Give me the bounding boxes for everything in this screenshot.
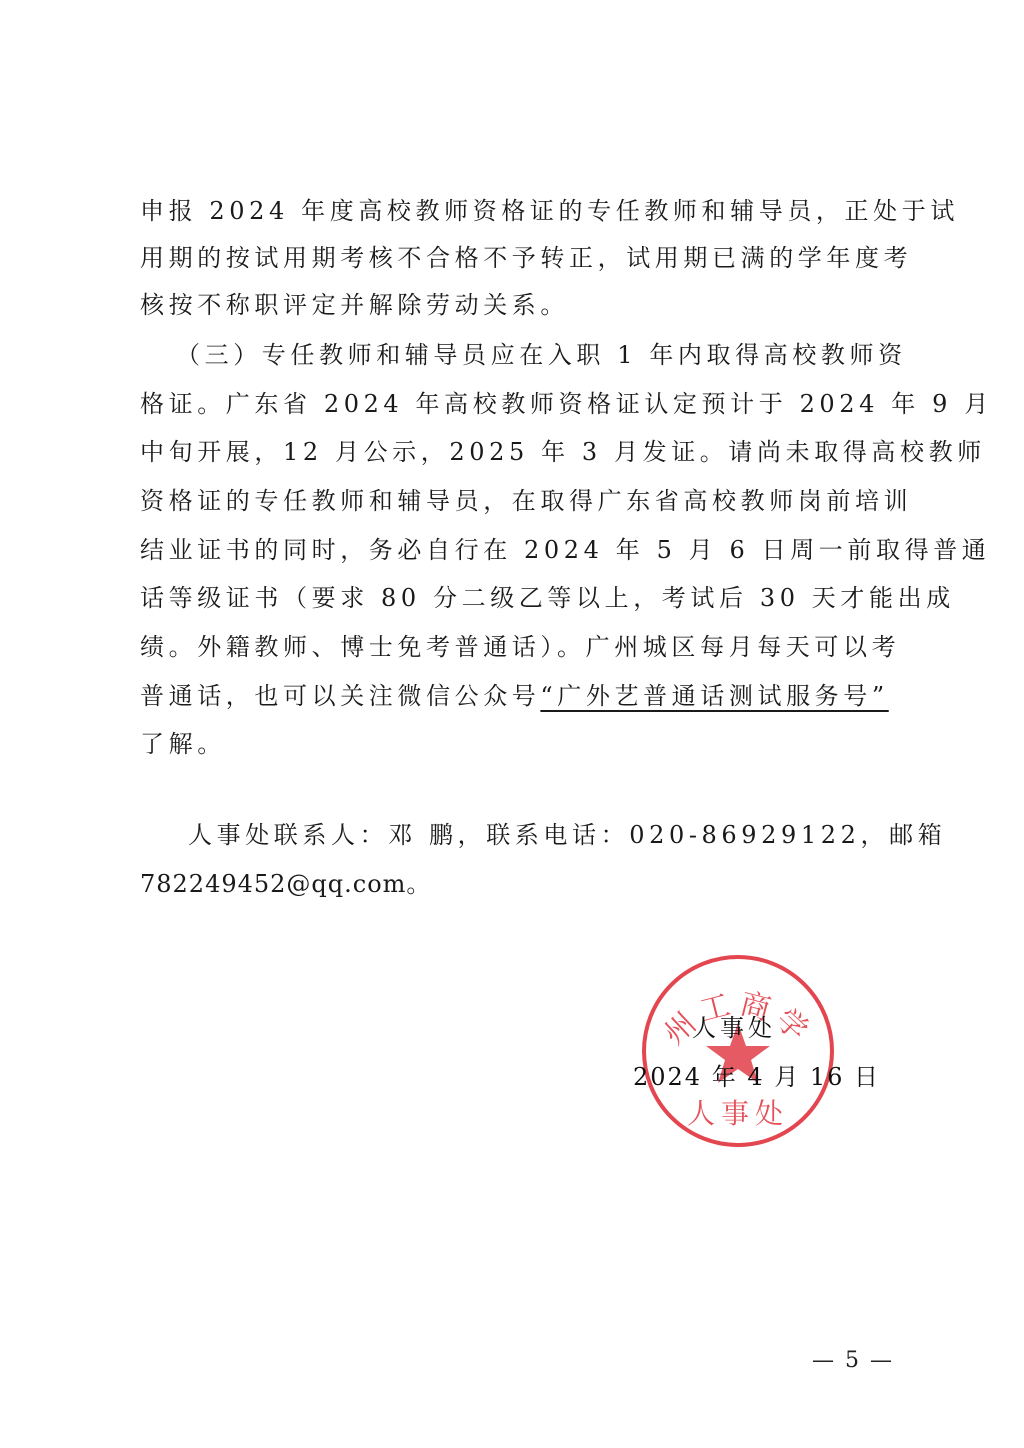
signature-department: 人事处	[692, 1013, 776, 1043]
paragraph-text: 普通话，也可以关注微信公众号	[140, 682, 540, 710]
paragraph-line: 绩。外籍教师、博士免考普通话）。广州城区每月每天可以考	[140, 632, 900, 662]
paragraph-line: 中旬开展，12 月公示，2025 年 3 月发证。请尚未取得高校教师	[140, 437, 900, 467]
contact-line: 人事处联系人：邓 鹏，联系电话：020-86929122，邮箱	[188, 820, 948, 850]
page-number: — 5 —	[812, 1347, 894, 1375]
paragraph-line: 了解。	[140, 729, 900, 759]
paragraph-line: （三）专任教师和辅导员应在入职 1 年内取得高校教师资	[176, 340, 936, 370]
paragraph-line: 格证。广东省 2024 年高校教师资格证认定预计于 2024 年 9 月	[140, 389, 900, 419]
document-page: 申报 2024 年度高校教师资格证的专任教师和辅导员，正处于试 用期的按试用期考…	[0, 0, 1024, 1448]
signature-date: 2024 年 4 月 16 日	[633, 1062, 880, 1092]
paragraph-line: 核按不称职评定并解除劳动关系。	[140, 290, 900, 320]
wechat-account-link: “广外艺普通话测试服务号”	[540, 682, 888, 710]
paragraph-line: 话等级证书（要求 80 分二级乙等以上，考试后 30 天才能出成	[140, 583, 900, 613]
paragraph-line: 用期的按试用期考核不合格不予转正，试用期已满的学年度考	[140, 243, 900, 273]
paragraph-line: 申报 2024 年度高校教师资格证的专任教师和辅导员，正处于试	[140, 196, 900, 226]
contact-email: 782249452@qq.com。	[140, 869, 900, 899]
paragraph-line-with-link: 普通话，也可以关注微信公众号“广外艺普通话测试服务号”	[140, 681, 900, 711]
svg-text:人事处: 人事处	[687, 1097, 789, 1130]
official-seal-icon: 广州工商学院 人事处	[640, 953, 836, 1149]
paragraph-line: 资格证的专任教师和辅导员，在取得广东省高校教师岗前培训	[140, 486, 900, 516]
paragraph-line: 结业证书的同时，务必自行在 2024 年 5 月 6 日周一前取得普通	[140, 535, 900, 565]
